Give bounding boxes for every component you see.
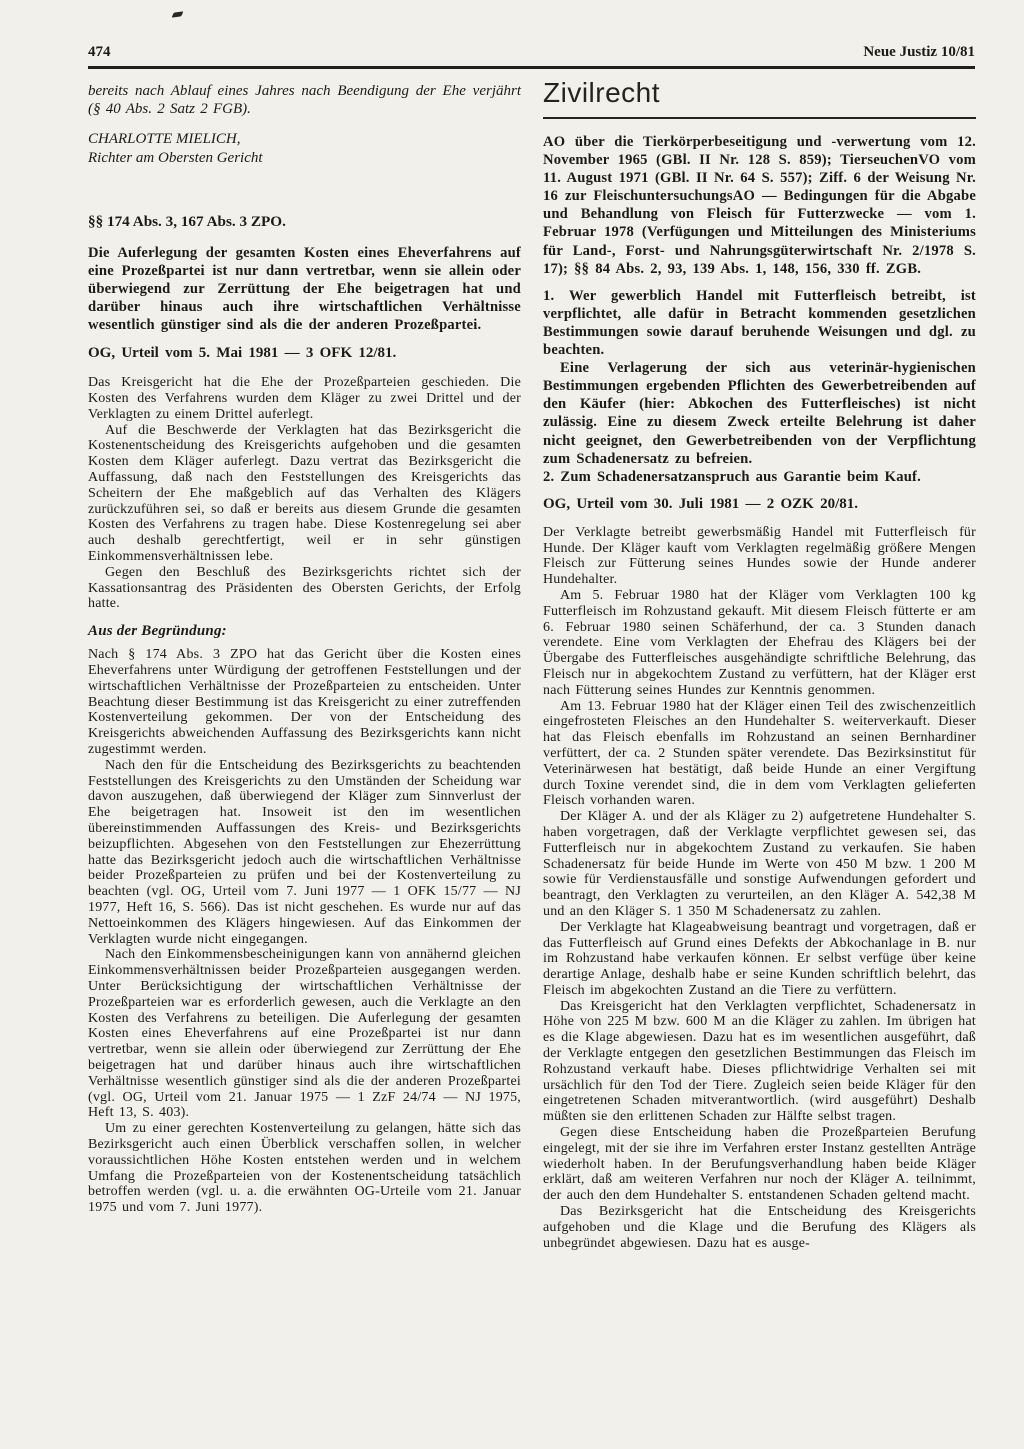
facts-paragraph: Das Kreisgericht hat die Ehe der Prozeßp… bbox=[88, 375, 521, 422]
two-column-layout: bereits nach Ablauf eines Jahres nach Be… bbox=[88, 82, 975, 1251]
reasons-heading: Aus der Begründung: bbox=[88, 622, 521, 640]
case-reference: OG, Urteil vom 30. Juli 1981 — 2 OZK 20/… bbox=[543, 495, 976, 513]
author-name: CHARLOTTE MIELICH, bbox=[88, 130, 521, 149]
body-paragraph: Das Bezirksgericht hat die Entscheidung … bbox=[543, 1204, 976, 1251]
author-block: CHARLOTTE MIELICH, Richter am Obersten G… bbox=[88, 130, 521, 168]
scan-artifact bbox=[172, 11, 184, 17]
body-paragraph: Am 5. Februar 1980 hat der Kläger vom Ve… bbox=[543, 588, 976, 699]
right-column: Zivilrecht AO über die Tierkörperbeseiti… bbox=[543, 82, 976, 1251]
headnote: Die Auferlegung der gesamten Kosten eine… bbox=[88, 244, 521, 334]
reasons-paragraph: Nach den Einkommensbescheinigungen kann … bbox=[88, 947, 521, 1121]
journal-title: Neue Justiz 10/81 bbox=[863, 44, 975, 61]
reasons-paragraph: Nach § 174 Abs. 3 ZPO hat das Gericht üb… bbox=[88, 647, 521, 758]
facts-paragraph: Auf die Beschwerde der Verklagten hat da… bbox=[88, 423, 521, 565]
carryover-text: bereits nach Ablauf eines Jahres nach Be… bbox=[88, 82, 521, 119]
author-title: Richter am Obersten Gericht bbox=[88, 149, 521, 168]
left-column: bereits nach Ablauf eines Jahres nach Be… bbox=[88, 82, 521, 1251]
page-header: 474 Neue Justiz 10/81 bbox=[88, 44, 975, 69]
body-paragraph: Am 13. Februar 1980 hat der Kläger einen… bbox=[543, 699, 976, 810]
section-heading: Zivilrecht bbox=[543, 78, 976, 119]
headnote-point-1b: Eine Verlagerung der sich aus veterinär-… bbox=[543, 359, 976, 468]
reasons-paragraph: Nach den für die Entscheidung des Bezirk… bbox=[88, 758, 521, 948]
statute-heading: §§ 174 Abs. 3, 167 Abs. 3 ZPO. bbox=[88, 213, 521, 231]
reasons-paragraph: Um zu einer gerechten Kostenverteilung z… bbox=[88, 1121, 521, 1216]
journal-page: 474 Neue Justiz 10/81 bereits nach Ablau… bbox=[0, 0, 1024, 1449]
headnote-point-1: 1. Wer gewerblich Handel mit Futterfleis… bbox=[543, 287, 976, 359]
headnote-statutes: AO über die Tierkörperbeseitigung und -v… bbox=[543, 133, 976, 278]
body-paragraph: Der Kläger A. und der als Kläger zu 2) a… bbox=[543, 809, 976, 920]
page-number: 474 bbox=[88, 44, 111, 61]
body-paragraph: Das Kreisgericht hat den Verklagten verp… bbox=[543, 999, 976, 1125]
body-paragraph: Der Verklagte hat Klageabweisung beantra… bbox=[543, 920, 976, 999]
body-paragraph: Der Verklagte betreibt gewerbsmäßig Hand… bbox=[543, 525, 976, 588]
case-reference: OG, Urteil vom 5. Mai 1981 — 3 OFK 12/81… bbox=[88, 344, 521, 362]
body-paragraph: Gegen diese Entscheidung haben die Proze… bbox=[543, 1125, 976, 1204]
headnote-point-2: 2. Zum Schadenersatzanspruch aus Garanti… bbox=[543, 468, 976, 486]
facts-paragraph: Gegen den Beschluß des Bezirksgerichts r… bbox=[88, 565, 521, 612]
